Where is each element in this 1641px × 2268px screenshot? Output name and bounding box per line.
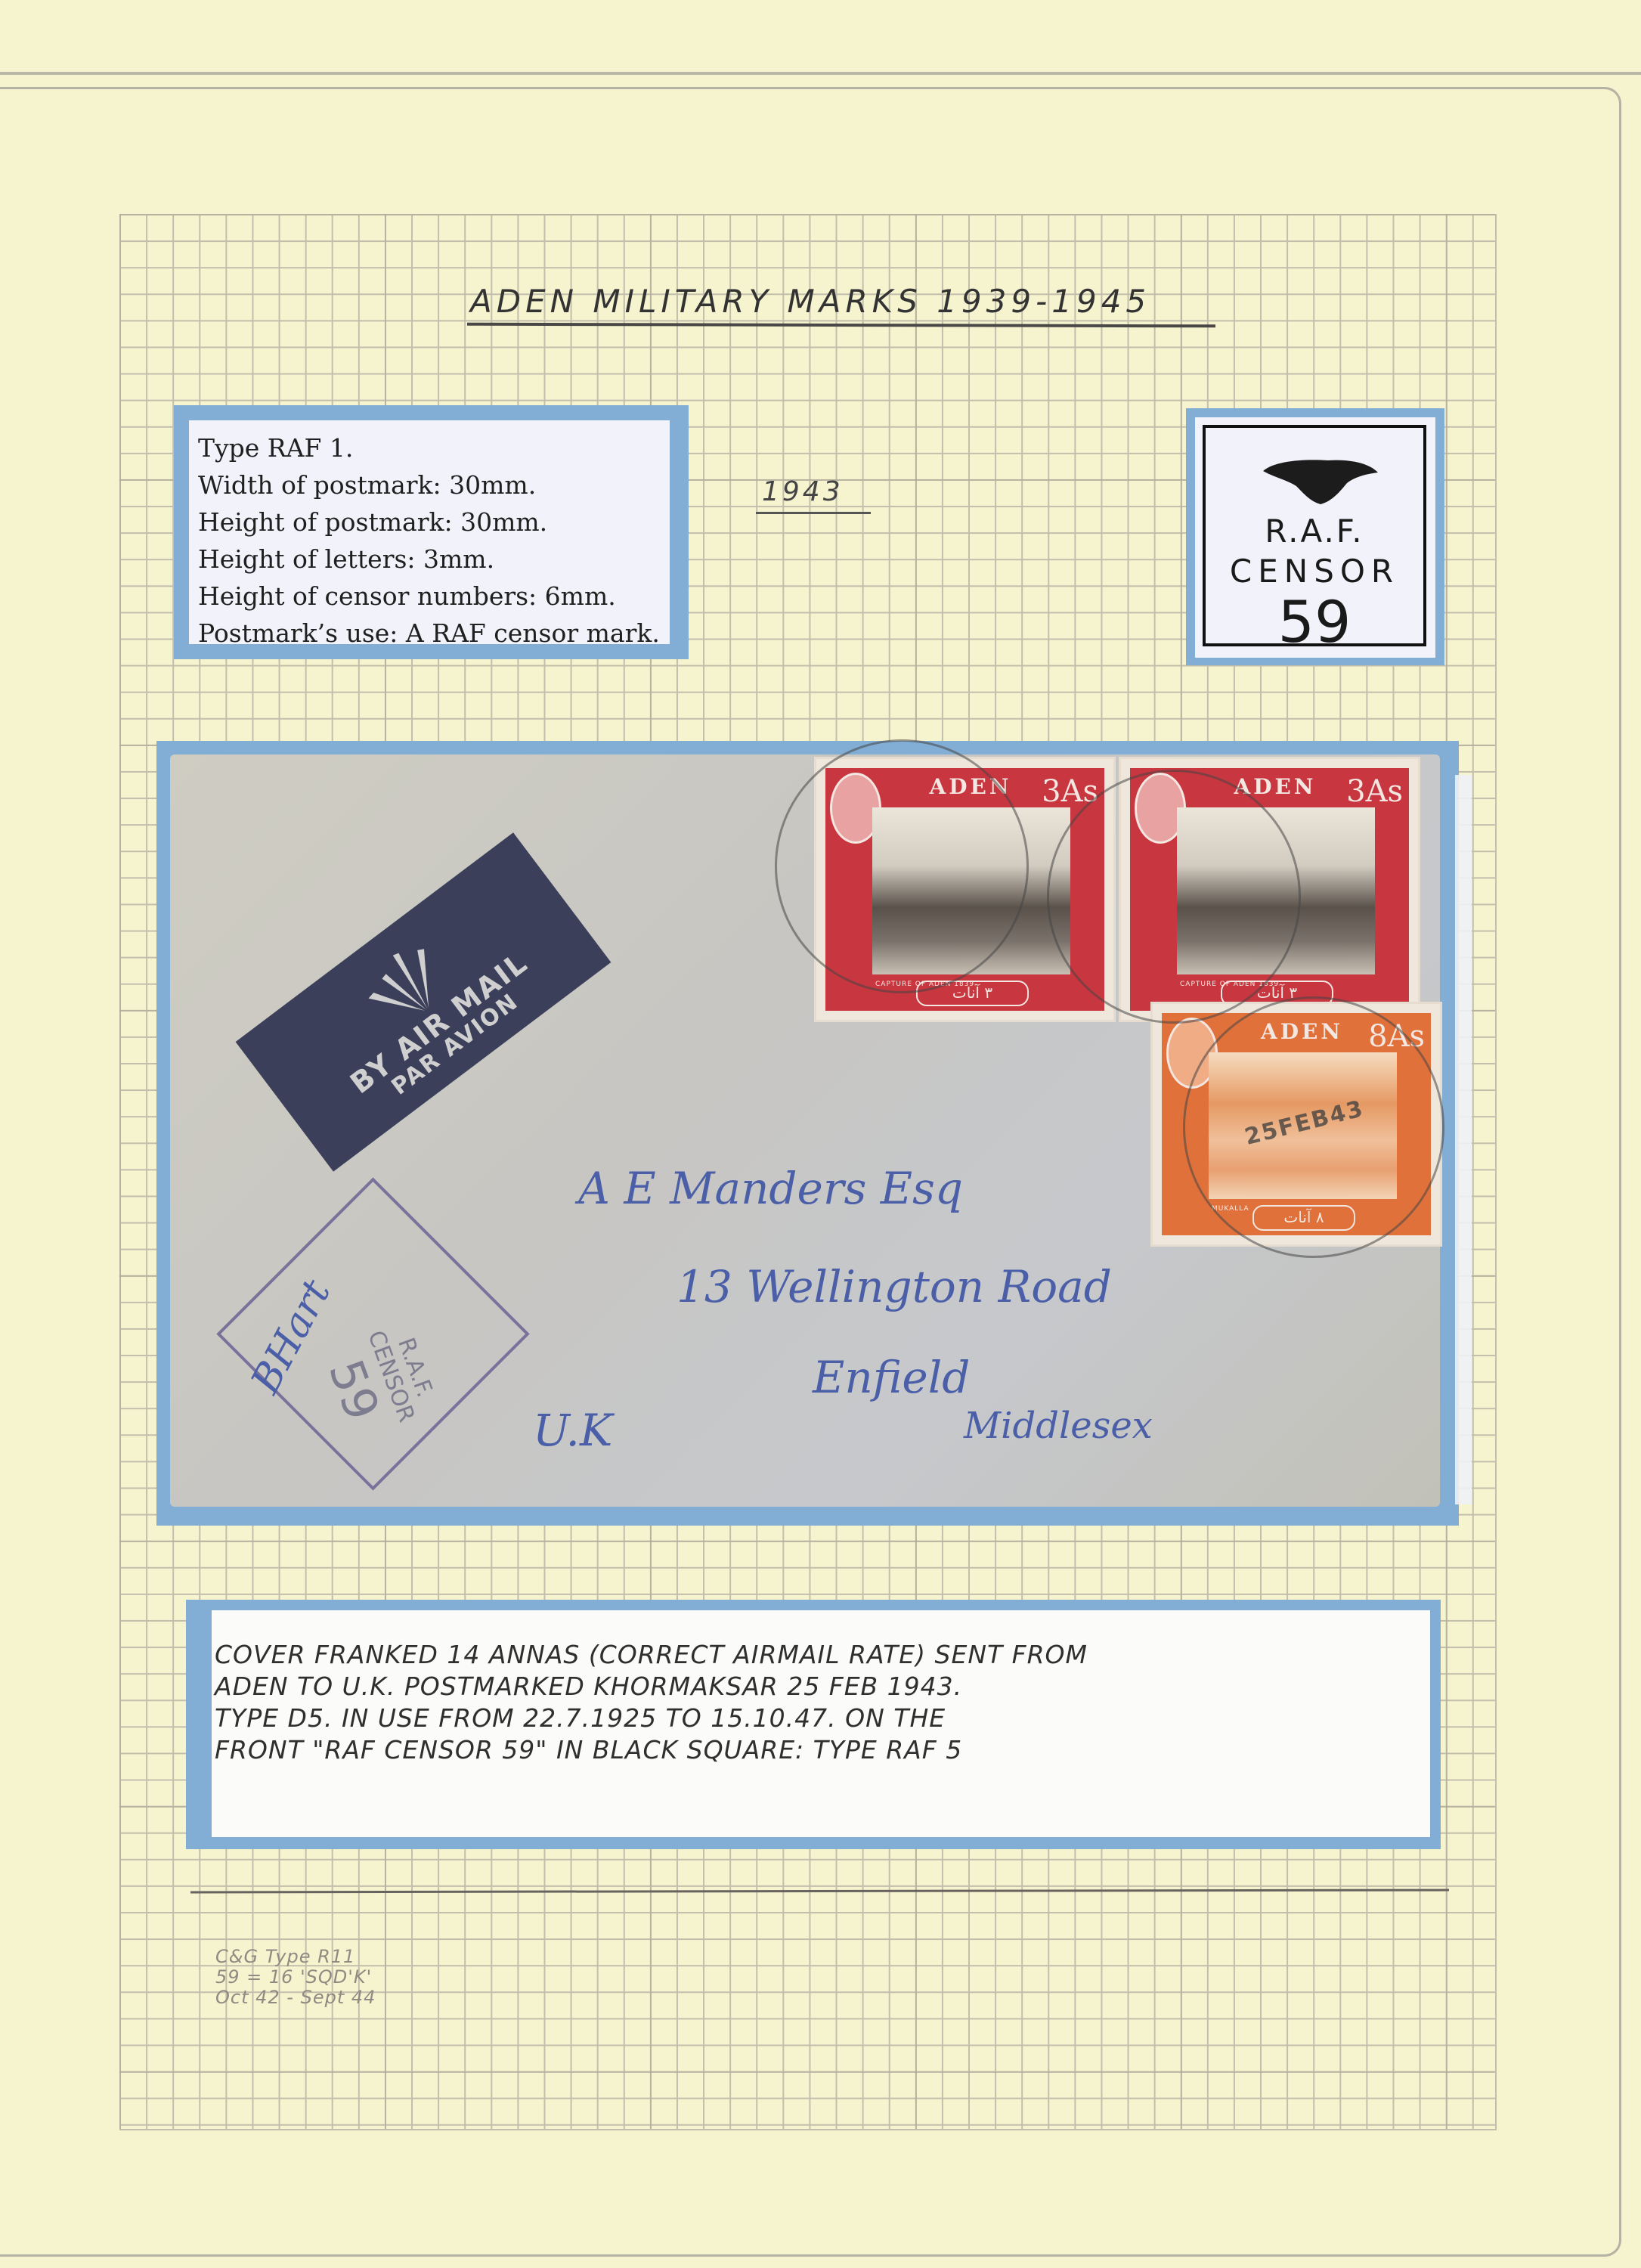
censor-raf-text: R.A.F. — [1206, 513, 1423, 550]
info-height: Height of postmark: 30mm. — [198, 503, 670, 541]
protective-sleeve — [1455, 775, 1472, 1504]
censor-mark-box: R.A.F. CENSOR 59 — [1203, 425, 1426, 646]
airmail-cover: BY AIR MAIL PAR AVION ADEN 3As CAPTURE O… — [170, 754, 1440, 1507]
postmark-info-text: Type RAF 1. Width of postmark: 30mm. Hei… — [189, 420, 670, 644]
postmark-circle — [1047, 770, 1301, 1024]
eagle-icon — [1260, 454, 1381, 507]
address-line-country: U.K — [533, 1405, 612, 1456]
pencil-annotation: C&G Type R11 59 = 16 'SQD'K' Oct 42 - Se… — [215, 1947, 376, 2008]
page-top-rule — [0, 72, 1641, 75]
description-card: COVER FRANKED 14 ANNAS (CORRECT AIRMAIL … — [186, 1600, 1441, 1849]
censor-mark-sample: R.A.F. CENSOR 59 — [1186, 408, 1444, 665]
postmark-circle — [775, 739, 1029, 993]
censor-word: CENSOR — [1206, 553, 1423, 590]
postmark-info-card: Type RAF 1. Width of postmark: 30mm. Hei… — [174, 405, 689, 659]
info-number-height: Height of censor numbers: 6mm. — [198, 578, 670, 615]
note-line: ADEN TO U.K. POSTMARKED KHORMAKSAR 25 FE… — [215, 1671, 1430, 1703]
censor-number: 59 — [1206, 588, 1423, 655]
cover-mount: BY AIR MAIL PAR AVION ADEN 3As CAPTURE O… — [156, 741, 1459, 1526]
info-type: Type RAF 1. — [198, 429, 670, 466]
page-title: ADEN MILITARY MARKS 1939-1945 — [470, 283, 1211, 328]
address-line-street: 13 Wellington Road — [677, 1261, 1112, 1312]
info-use: Postmark’s use: A RAF censor mark. — [198, 615, 670, 652]
description-text: COVER FRANKED 14 ANNAS (CORRECT AIRMAIL … — [212, 1610, 1430, 1837]
note-line: COVER FRANKED 14 ANNAS (CORRECT AIRMAIL … — [215, 1639, 1430, 1671]
note-line: FRONT "RAF CENSOR 59" IN BLACK SQUARE: T… — [215, 1734, 1430, 1766]
airmail-text: BY AIR MAIL — [290, 905, 588, 1141]
airmail-label: BY AIR MAIL PAR AVION — [236, 832, 612, 1172]
info-letter-height: Height of letters: 3mm. — [198, 541, 670, 578]
year-underline — [756, 512, 871, 514]
year-label: 1943 — [762, 476, 844, 507]
address-line-name: A E Manders Esq — [578, 1163, 963, 1214]
note-line: TYPE D5. IN USE FROM 22.7.1925 TO 15.10.… — [215, 1703, 1430, 1734]
address-line-county: Middlesex — [964, 1405, 1153, 1447]
info-width: Width of postmark: 30mm. — [198, 466, 670, 503]
address-line-town: Enfield — [813, 1352, 970, 1403]
